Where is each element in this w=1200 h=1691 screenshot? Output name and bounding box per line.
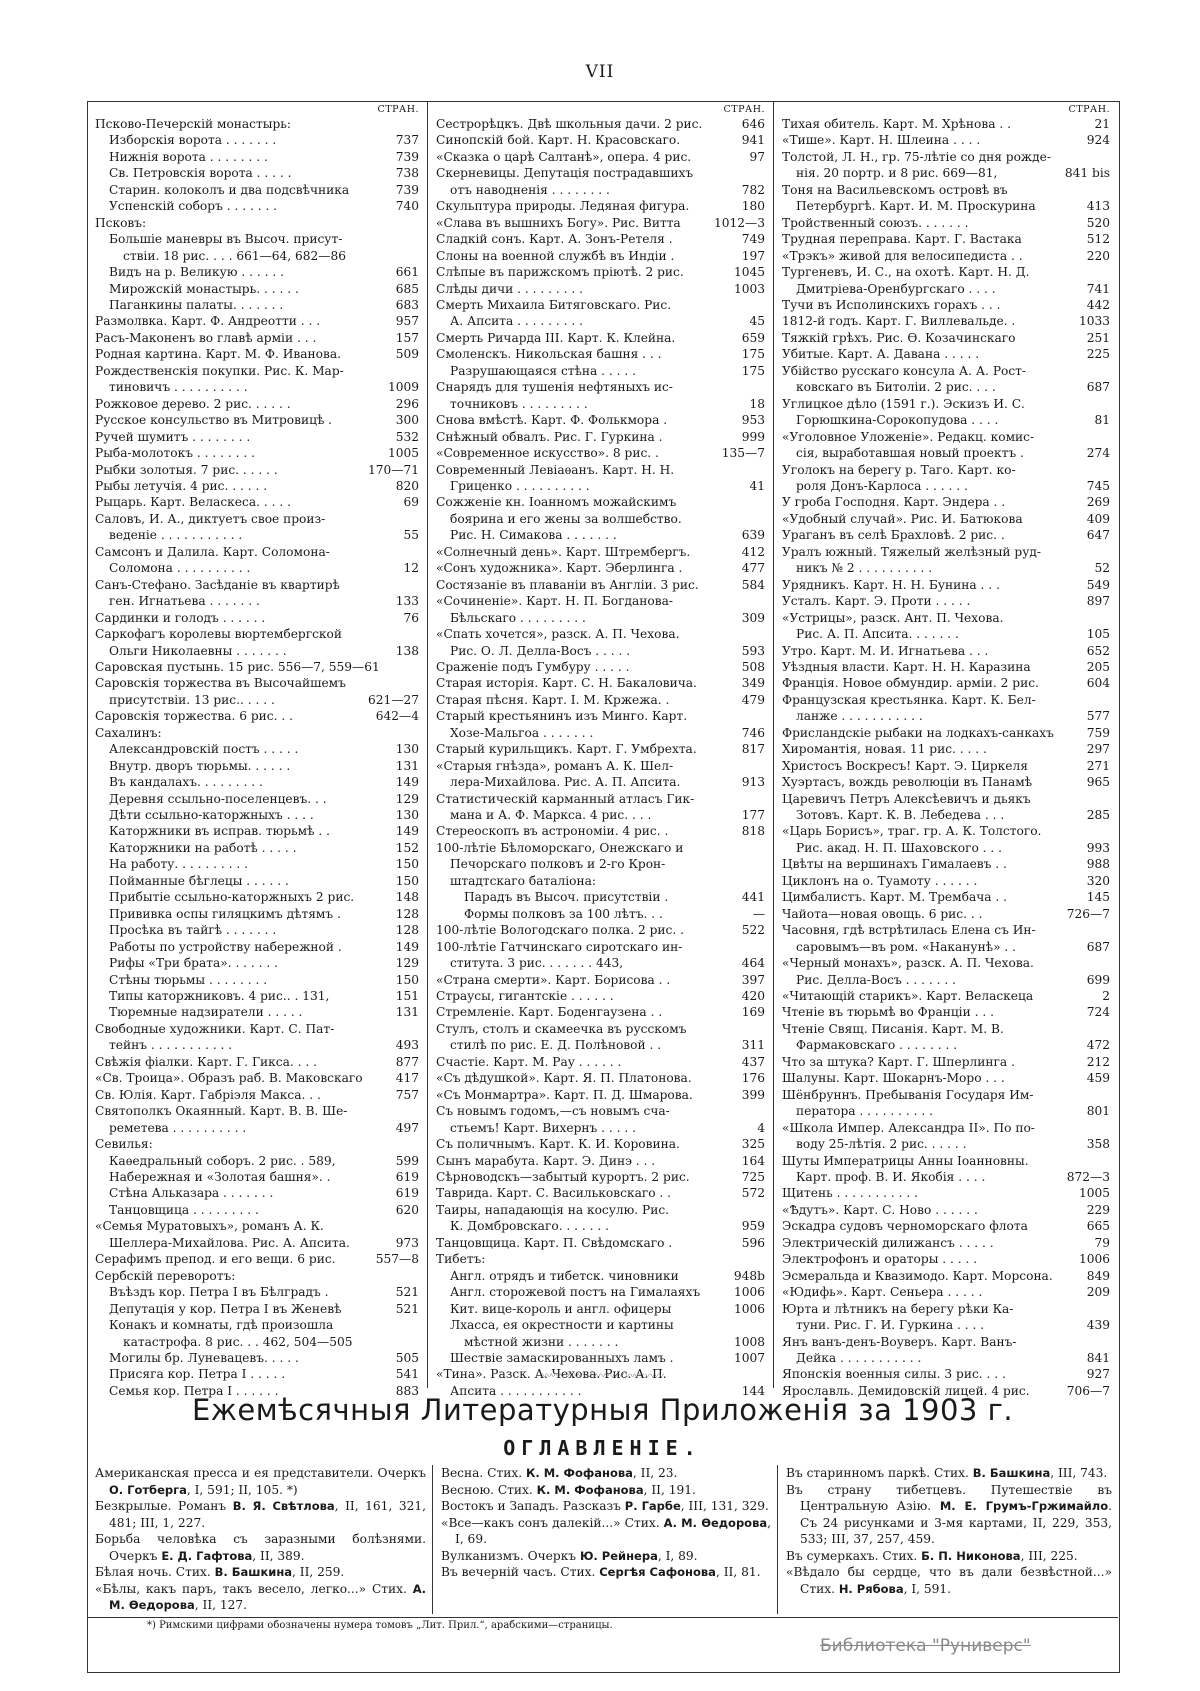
entry-title: Слоны на военной службѣ въ Индіи .	[436, 248, 738, 264]
entry-title: «Св. Троица». Образъ раб. В. Маковскаго	[95, 1070, 392, 1086]
entry-title: тиновичъ . . . . . . . . . .	[109, 379, 384, 395]
entry-page: 130	[392, 741, 419, 757]
entry-title: Уралъ южный. Тяжелый желѣзный руд-	[782, 544, 1106, 560]
entry-page: 508	[738, 659, 765, 675]
entry-title: «Спать хочется», разск. А. П. Чехова.	[436, 626, 761, 642]
index-entry: Псковъ:	[95, 215, 419, 231]
entry-title: «Слава въ вышнихъ Богу». Рис. Витта	[436, 215, 710, 231]
index-entry: Толстой, Л. Н., гр. 75-лѣтіе со дня рожд…	[782, 149, 1110, 165]
entry-title: Смерть Михаила Битяговскаго. Рис.	[436, 297, 761, 313]
entry-title: Англ. сторожевой постъ на Гималаяхъ	[450, 1284, 730, 1300]
entry-title: Рождественскія покупки. Рис. К. Мар-	[95, 363, 415, 379]
index-entry: Рис. А. П. Апсита. . . . . . .105	[782, 626, 1110, 642]
index-entry: Набережная и «Золотая башня». .619	[95, 1169, 419, 1185]
index-entry: мѣстной жизни . . . . . . .1008	[436, 1334, 765, 1350]
entry-page: 150	[392, 856, 419, 872]
entry-page: 604	[1083, 675, 1110, 691]
index-entry: «Читающій старикъ». Карт. Веласкеца2	[782, 988, 1110, 1004]
entry-title: Трудная переправа. Карт. Г. Вастака	[782, 231, 1083, 247]
entry-page: 12	[399, 560, 419, 576]
entry-page: 620	[392, 1202, 419, 1218]
index-entry: сія, выработавшая новый проектъ .274	[782, 445, 1110, 461]
entry-page: 941	[738, 132, 765, 148]
entry-page: 999	[738, 429, 765, 445]
entry-page: 148	[392, 889, 419, 905]
entry-page: 176	[738, 1070, 765, 1086]
entry-title: Скульптура природы. Ледяная фигура.	[436, 198, 738, 214]
index-entry: Снѣжный обвалъ. Рис. Г. Гуркина .999	[436, 429, 765, 445]
entry-page: 647	[1083, 527, 1110, 543]
entry-page: 596	[738, 1235, 765, 1251]
entry-title: Горюшкина-Сорокопудова . . . .	[796, 412, 1090, 428]
entry-title: Свободные художники. Карт. С. Пат-	[95, 1021, 415, 1037]
entry-title: Фармаковскаго . . . . . . . .	[796, 1037, 1083, 1053]
index-column-3: СТРАН. Тихая обитель. Карт. М. Хрѣнова .…	[773, 101, 1118, 1388]
entry-title: Кит. вице-король и англ. офицеры	[450, 1301, 730, 1317]
toc-entry-title: Безкрылые. Романъ	[95, 1499, 233, 1513]
index-entry: «Устрицы», разск. Ант. П. Чехова.	[782, 610, 1110, 626]
toc-entry-refs: , II, 191.	[644, 1483, 696, 1497]
index-entry: Страусы, гигантскіе . . . . . .420	[436, 988, 765, 1004]
toc-entry: Востокъ и Западъ. Разсказъ Р. Гарбе, III…	[441, 1498, 771, 1515]
entry-page: 746	[738, 725, 765, 741]
entry-title: Сладкій сонъ. Карт. А. Зонъ-Ретеля .	[436, 231, 738, 247]
index-entry: Рифы «Три брата». . . . . . .129	[95, 955, 419, 971]
index-entry: «Съ Монмартра». Карт. П. Д. Шмарова.399	[436, 1087, 765, 1103]
entry-page: 993	[1083, 840, 1110, 856]
entry-page: 79	[1090, 1235, 1110, 1251]
entry-title: Цимбалистъ. Карт. М. Трембача . .	[782, 889, 1083, 905]
entry-title: катастрофа. 8 рис. . . 462, 504—505	[123, 1334, 415, 1350]
index-entry: На работу. . . . . . . . . .150	[95, 856, 419, 872]
toc-heading: ОГЛАВЛЕНІЕ.	[87, 1436, 1118, 1460]
entry-page: 300	[392, 412, 419, 428]
entry-page: 2	[1098, 988, 1110, 1004]
entry-title: Уголокъ на берегу р. Таго. Карт. ко-	[782, 462, 1106, 478]
entry-page: 81	[1090, 412, 1110, 428]
index-entry: Съ поличнымъ. Карт. К. И. Коровина.325	[436, 1136, 765, 1152]
entry-title: Рыцарь. Карт. Веласкеса. . . . .	[95, 494, 399, 510]
entry-page: 639	[738, 527, 765, 543]
entry-title: «Съ Монмартра». Карт. П. Д. Шмарова.	[436, 1087, 738, 1103]
entry-page: 150	[392, 972, 419, 988]
entry-page: 170—71	[364, 462, 419, 478]
entry-page: 1012—3	[710, 215, 765, 231]
entry-page: 687	[1083, 939, 1110, 955]
entry-title: Стулъ, столъ и скамеечка въ русскомъ	[436, 1021, 761, 1037]
index-entry: Таврида. Карт. С. Васильковскаго . .572	[436, 1185, 765, 1201]
entry-title: Шеллера-Михайлова. Рис. А. Апсита.	[109, 1235, 392, 1251]
index-entry: Съ новымъ годомъ,—съ новымъ сча-	[436, 1103, 765, 1119]
index-entry: Шеллера-Михайлова. Рис. А. Апсита.973	[95, 1235, 419, 1251]
entry-page: 1033	[1075, 313, 1110, 329]
entry-page: 1006	[1075, 1251, 1110, 1267]
entry-title: Съ поличнымъ. Карт. К. И. Коровина.	[436, 1136, 738, 1152]
entry-title: «Устрицы», разск. Ант. П. Чехова.	[782, 610, 1106, 626]
entry-page: 55	[399, 527, 419, 543]
entry-title: Саровскія торжества. 6 рис. . .	[95, 708, 372, 724]
index-entry: точниковъ . . . . . . . . .18	[436, 396, 765, 412]
entry-title: Святополкъ Окаянный. Карт. В. В. Ше-	[95, 1103, 415, 1119]
entry-page: 149	[392, 774, 419, 790]
index-entry: отъ наводненія . . . . . . . .782	[436, 182, 765, 198]
index-entry: Усталъ. Карт. Э. Проти . . . . .897	[782, 593, 1110, 609]
entry-title: На работу. . . . . . . . . .	[109, 856, 392, 872]
toc-entry-author: В. Я. Свѣтлова	[233, 1499, 335, 1513]
entry-title: штадтскаго баталіона:	[450, 873, 761, 889]
index-entry: Размолвка. Карт. Ф. Андреотти . . .957	[95, 313, 419, 329]
entry-page: 311	[738, 1037, 765, 1053]
index-entry: А. Апсита . . . . . . . . .45	[436, 313, 765, 329]
index-entry: Ручей шумитъ . . . . . . . .532	[95, 429, 419, 445]
entry-title: Фрисландскіе рыбаки на лодкахъ-санкахъ	[782, 725, 1083, 741]
entry-page: 180	[738, 198, 765, 214]
index-entry: Севилья:	[95, 1136, 419, 1152]
entry-title: Псковъ:	[95, 215, 415, 231]
entry-title: К. Домбровскаго. . . . . . .	[450, 1218, 738, 1234]
entry-title: Прививка оспы гиляцкимъ дѣтямъ .	[109, 906, 392, 922]
entry-title: Синопскій бой. Карт. Н. Красовскаго.	[436, 132, 738, 148]
entry-title: Таиры, нападающія на косулю. Рис.	[436, 1202, 761, 1218]
entry-page: 505	[392, 1350, 419, 1366]
entry-title: Родная картина. Карт. М. Ф. Иванова.	[95, 346, 392, 362]
index-entry: Слѣды дичи . . . . . . . . .1003	[436, 281, 765, 297]
entry-page: 157	[392, 330, 419, 346]
index-entry: Снарядъ для тушенія нефтяныхъ ис-	[436, 379, 765, 395]
entry-title: «Царь Борисъ», траг. гр. А. К. Толстого.	[782, 823, 1106, 839]
toc-entry-title: Весною. Стих.	[441, 1483, 537, 1497]
index-entry: «Страна смерти». Карт. Борисова . .397	[436, 972, 765, 988]
entry-title: Зотовъ. Карт. К. В. Лебедева . . .	[796, 807, 1083, 823]
index-entry: веденіе . . . . . . . . . . .55	[95, 527, 419, 543]
entry-title: Тибетъ:	[436, 1251, 761, 1267]
index-entry: Урядникъ. Карт. Н. Н. Бунина . . .549	[782, 577, 1110, 593]
index-entry: Электрофонъ и ораторы . . . . .1006	[782, 1251, 1110, 1267]
toc-entry: Въ вечерній часъ. Стих. Сергѣя Сафонова,…	[441, 1564, 771, 1581]
entry-page: —	[749, 906, 765, 922]
index-entry: Разрушающаяся стѣна . . . . .175	[436, 363, 765, 379]
entry-title: Дмитріева-Оренбургскаго . . . .	[796, 281, 1083, 297]
entry-title: Рис. О. Л. Делла-Восъ . . . . .	[450, 643, 738, 659]
index-entry: Франція. Новое обмундир. арміи. 2 рис.60…	[782, 675, 1110, 691]
index-entry: Часовня, гдѣ встрѣтилась Елена съ Ин-	[782, 922, 1110, 938]
entry-title: Прибытіе ссыльно-каторжныхъ 2 рис.	[109, 889, 392, 905]
toc-entry-author: Ю. Рейнера	[580, 1549, 658, 1563]
index-entry: Уралъ южный. Тяжелый желѣзный руд-	[782, 544, 1110, 560]
index-entry: ковскаго въ Битоліи. 2 рис. . . .687	[782, 379, 1110, 395]
index-entry: Каторжники въ исправ. тюрьмѣ . .149	[95, 823, 419, 839]
index-entry: У гроба Господня. Карт. Эндера . .269	[782, 494, 1110, 510]
entry-page: 782	[738, 182, 765, 198]
index-entry: Старый курильщикъ. Карт. Г. Умбрехта.817	[436, 741, 765, 757]
entry-title: присутствіи. 13 рис.. . . . .	[109, 692, 364, 708]
entry-page: 820	[392, 478, 419, 494]
toc-entry-title: Въ старинномъ паркѣ. Стих.	[786, 1466, 973, 1480]
index-entry: Конакъ и комнаты, гдѣ произошла	[95, 1317, 419, 1333]
index-entry: ператора . . . . . . . . . .801	[782, 1103, 1110, 1119]
index-entry: Уголокъ на берегу р. Таго. Карт. ко-	[782, 462, 1110, 478]
toc-entry: Бѣлая ночь. Стих. В. Башкина, II, 259.	[95, 1564, 426, 1581]
index-entry: Деревня ссыльно-поселенцевъ. . .129	[95, 791, 419, 807]
entry-title: Снѣжный обвалъ. Рис. Г. Гуркина .	[436, 429, 738, 445]
entry-page: 479	[738, 692, 765, 708]
entry-title: Въѣздъ кор. Петра I въ Бѣлградъ .	[109, 1284, 392, 1300]
entry-page: 131	[392, 1004, 419, 1020]
footnote: *) Римскими цифрами обозначены нумера то…	[87, 1617, 1118, 1631]
entry-title: Рис. Н. Симакова . . . . . . .	[450, 527, 738, 543]
entry-page: 973	[392, 1235, 419, 1251]
entry-page: 21	[1090, 116, 1110, 132]
entry-page: 520	[1083, 215, 1110, 231]
entry-title: Рыбки золотыя. 7 рис. . . . . .	[95, 462, 364, 478]
index-entry: Тучи въ Исполинскихъ горахъ . . .442	[782, 297, 1110, 313]
entry-page: 522	[738, 922, 765, 938]
index-entry: Видъ на р. Великую . . . . . .661	[95, 264, 419, 280]
entry-page: 745	[1083, 478, 1110, 494]
toc-entry-refs: , II, 259.	[292, 1565, 344, 1579]
entry-title: «Ѣдутъ». Карт. С. Ново . . . . . .	[782, 1202, 1083, 1218]
entry-title: «Школа Импер. Александра II». По по-	[782, 1120, 1106, 1136]
entry-title: «Сонъ художника». Карт. Эберлинга .	[436, 560, 738, 576]
entry-page: 409	[1083, 511, 1110, 527]
entry-title: саровымъ—въ ром. «Наканунѣ» . .	[796, 939, 1083, 955]
entry-page: 145	[1083, 889, 1110, 905]
entry-title: Свѣжія фіалки. Карт. Г. Гикса. . . .	[95, 1054, 392, 1070]
supplement-title: Ежемѣсячныя Литературныя Приложенія за 1…	[87, 1393, 1118, 1427]
index-entry: Дмитріева-Оренбургскаго . . . .741	[782, 281, 1110, 297]
entry-title: Шествіе замаскированныхъ ламъ .	[450, 1350, 730, 1366]
entry-title: Часовня, гдѣ встрѣтилась Елена съ Ин-	[782, 922, 1106, 938]
index-entry: Ольги Николаевны . . . . . . .138	[95, 643, 419, 659]
index-entry: Изборскія ворота . . . . . . .737	[95, 132, 419, 148]
index-entry: Формы полковъ за 100 лѣтъ. . .—	[436, 906, 765, 922]
entry-page: 584	[738, 577, 765, 593]
entry-title: тейнъ . . . . . . . . . . .	[109, 1037, 392, 1053]
entry-title: Сестрорѣцкъ. Двѣ школьныя дачи. 2 рис.	[436, 116, 738, 132]
index-entry: боярина и его жены за волшебство.	[436, 511, 765, 527]
index-entry: Старин. колоколъ и два подсвѣчника739	[95, 182, 419, 198]
index-entry: Саркофагъ королевы вюртембергской	[95, 626, 419, 642]
toc-entry-refs: , I, 591; II, 105. *)	[187, 1483, 298, 1497]
index-entry: Сынъ марабута. Карт. Э. Динэ . . .164	[436, 1153, 765, 1169]
divider-ornament: 〰〰〰〰〰〰〰〰〰 〰〰 〰〰	[87, 1367, 1118, 1382]
entry-title: Формы полковъ за 100 лѣтъ. . .	[464, 906, 749, 922]
entry-page: 849	[1083, 1268, 1110, 1284]
entry-page: 948b	[730, 1268, 765, 1284]
toc-entry: Въ сумеркахъ. Стих. Б. П. Никонова, III,…	[786, 1548, 1112, 1565]
entry-title: веденіе . . . . . . . . . . .	[109, 527, 399, 543]
index-entry: Фармаковскаго . . . . . . . .472	[782, 1037, 1110, 1053]
index-entry: Работы по устройству набережной .149	[95, 939, 419, 955]
index-entry: Старая исторія. Карт. С. Н. Бакаловича.3…	[436, 675, 765, 691]
index-entry: Стремленіе. Карт. Боденгаузена . .169	[436, 1004, 765, 1020]
entry-title: Убійство русскаго консула А. А. Рост-	[782, 363, 1106, 379]
index-entry: Смерть Ричарда III. Карт. К. Клейна.659	[436, 330, 765, 346]
entry-title: Шуты Императрицы Анны Іоанновны.	[782, 1153, 1106, 1169]
entry-title: «Юдифь». Карт. Сеньера . . . . .	[782, 1284, 1083, 1300]
entry-title: Мирожскій монастырь. . . . . .	[109, 281, 392, 297]
toc-column-1: Американская пресса и ея представители. …	[87, 1465, 432, 1614]
index-entry: Зотовъ. Карт. К. В. Лебедева . . .285	[782, 807, 1110, 823]
toc-entry-title: Вулканизмъ. Очеркъ	[441, 1549, 580, 1563]
toc-entry: Вулканизмъ. Очеркъ Ю. Рейнера, I, 89.	[441, 1548, 771, 1565]
index-entry: Убійство русскаго консула А. А. Рост-	[782, 363, 1110, 379]
entry-title: «Читающій старикъ». Карт. Веласкеца	[782, 988, 1098, 1004]
index-entry: Что за штука? Карт. Г. Шперлинга .212	[782, 1054, 1110, 1070]
index-entry: Тоня на Васильевскомъ островѣ въ	[782, 182, 1110, 198]
entry-title: Саровская пустынь. 15 рис. 556—7, 559—61	[95, 659, 415, 675]
entry-page: 749	[738, 231, 765, 247]
index-entry: Старая пѣсня. Карт. І. М. Кржежа. .479	[436, 692, 765, 708]
entry-title: ститута. 3 рис. . . . . . . 443,	[450, 955, 738, 971]
index-entry: Горюшкина-Сорокопудова . . . .81	[782, 412, 1110, 428]
entry-title: Чтеніе въ тюрьмѣ во Франціи . . .	[782, 1004, 1083, 1020]
index-entry: «Спать хочется», разск. А. П. Чехова.	[436, 626, 765, 642]
index-entry: Рис. акад. Н. П. Шаховского . . .993	[782, 840, 1110, 856]
entry-title: Лхасса, ея окрестности и картины	[450, 1317, 761, 1333]
entry-page: 225	[1083, 346, 1110, 362]
entry-title: Французская крестьянка. Карт. К. Бел-	[782, 692, 1106, 708]
toc-entry: Борьба человѣка съ заразными болѣзнями. …	[95, 1531, 426, 1564]
entry-page: 76	[399, 610, 419, 626]
index-entry: Святополкъ Окаянный. Карт. В. В. Ше-	[95, 1103, 419, 1119]
entry-page: 105	[1083, 626, 1110, 642]
entry-title: Конакъ и комнаты, гдѣ произошла	[109, 1317, 415, 1333]
index-entry: Расъ-Маконенъ во главѣ арміи . . .157	[95, 330, 419, 346]
index-entry: Печорскаго полковъ и 2-го Крон-	[436, 856, 765, 872]
index-entry: Сестрорѣцкъ. Двѣ школьныя дачи. 2 рис.64…	[436, 116, 765, 132]
toc-entry: Весною. Стих. К. М. Фофанова, II, 191.	[441, 1482, 771, 1499]
entry-page: 128	[392, 906, 419, 922]
entry-title: боярина и его жены за волшебство.	[450, 511, 761, 527]
entry-title: Англ. отрядъ и тибетск. чиновники	[450, 1268, 730, 1284]
index-entry: «Юдифь». Карт. Сеньера . . . . .209	[782, 1284, 1110, 1300]
index-entry: Саловъ, И. А., диктуетъ свое произ-	[95, 511, 419, 527]
index-entry: Тяжкій грѣхъ. Рис. Ѳ. Козачинскаго251	[782, 330, 1110, 346]
index-entry: «Уголовное Уложеніе». Редакц. комис-	[782, 429, 1110, 445]
entry-page: 1006	[730, 1284, 765, 1300]
entry-page: 212	[1083, 1054, 1110, 1070]
entry-page: 739	[392, 149, 419, 165]
index-entry: Таиры, нападающія на косулю. Рис.	[436, 1202, 765, 1218]
entry-title: Шалуны. Карт. Шокарнъ-Моро . . .	[782, 1070, 1083, 1086]
toc-entry-author: А. М. Ѳедорова	[664, 1516, 767, 1530]
index-entry: Современный Левіаѳанъ. Карт. Н. Н.	[436, 462, 765, 478]
entry-title: Ураганъ въ селѣ Брахловѣ. 2 рис. .	[782, 527, 1083, 543]
entry-title: Псково-Печерскій монастырь:	[95, 116, 415, 132]
index-entry: Снова вмѣстѣ. Карт. Ф. Фолькмора .953	[436, 412, 765, 428]
entry-page: 459	[1083, 1070, 1110, 1086]
index-entry: Шалуны. Карт. Шокарнъ-Моро . . .459	[782, 1070, 1110, 1086]
entry-title: Тюремные надзиратели . . . . .	[109, 1004, 392, 1020]
entry-title: Углицкое дѣло (1591 г.). Эскизъ И. С.	[782, 396, 1106, 412]
entry-title: нія. 20 портр. и 8 рис. 669—81,	[796, 165, 1061, 181]
index-entry: Эскадра судовъ черноморскаго флота665	[782, 1218, 1110, 1234]
entry-title: Сынъ марабута. Карт. Э. Динэ . . .	[436, 1153, 738, 1169]
entry-title: Нижнія ворота . . . . . . . .	[109, 149, 392, 165]
index-entry: Рождественскія покупки. Рис. К. Мар-	[95, 363, 419, 379]
index-entry: ланже . . . . . . . . . . .577	[782, 708, 1110, 724]
entry-title: Пойманные бѣглецы . . . . . .	[109, 873, 392, 889]
entry-title: Снарядъ для тушенія нефтяныхъ ис-	[436, 379, 761, 395]
entry-title: Стремленіе. Карт. Боденгаузена . .	[436, 1004, 738, 1020]
index-entry: Сладкій сонъ. Карт. А. Зонъ-Ретеля .749	[436, 231, 765, 247]
entry-title: Усталъ. Карт. Э. Проти . . . . .	[782, 593, 1083, 609]
entry-title: Сахалинъ:	[95, 725, 415, 741]
entry-title: сія, выработавшая новый проектъ .	[796, 445, 1083, 461]
toc-entry-title: «Бѣлы, какъ паръ, такъ весело, легко...»…	[95, 1582, 413, 1596]
entry-title: стьемъ! Карт. Вихернъ . . . . .	[450, 1120, 753, 1136]
entry-title: Танцовщица . . . . . . . . .	[109, 1202, 392, 1218]
index-entry: Нижнія ворота . . . . . . . .739	[95, 149, 419, 165]
entry-page: 646	[738, 116, 765, 132]
entry-title: «Сказка о царѣ Салтанѣ», опера. 4 рис.	[436, 149, 745, 165]
entry-page: 177	[738, 807, 765, 823]
entry-page: 220	[1083, 248, 1110, 264]
index-entry: Углицкое дѣло (1591 г.). Эскизъ И. С.	[782, 396, 1110, 412]
index-entry: Чайота—новая овощь. 6 рис. . .726—7	[782, 906, 1110, 922]
entry-title: Современный Левіаѳанъ. Карт. Н. Н.	[436, 462, 761, 478]
entry-page: 621—27	[364, 692, 419, 708]
index-entry: Цвѣты на вершинахъ Гималаевъ . .988	[782, 856, 1110, 872]
entry-title: Старая исторія. Карт. С. Н. Бакаловича.	[436, 675, 738, 691]
entry-title: Цвѣты на вершинахъ Гималаевъ . .	[782, 856, 1083, 872]
index-entry: Карт. проф. В. И. Якобія . . . .872—3	[782, 1169, 1110, 1185]
index-entry: Пойманные бѣглецы . . . . . .150	[95, 873, 419, 889]
index-entry: 100-лѣтіе Вологодскаго полка. 2 рис. .52…	[436, 922, 765, 938]
entry-page: 439	[1083, 1317, 1110, 1333]
toc-entry: Американская пресса и ея представители. …	[95, 1465, 426, 1498]
entry-title: Паганкины палаты. . . . . . .	[109, 297, 392, 313]
index-entry: Тюремные надзиратели . . . . .131	[95, 1004, 419, 1020]
entry-page: 687	[1083, 379, 1110, 395]
toc-entry-author: О. Готберга	[109, 1483, 187, 1497]
index-entry: Скульптура природы. Ледяная фигура.180	[436, 198, 765, 214]
entry-title: А. Апсита . . . . . . . . .	[450, 313, 745, 329]
toc-entry: Въ старинномъ паркѣ. Стих. В. Башкина, I…	[786, 1465, 1112, 1482]
entry-page: 309	[738, 610, 765, 626]
index-entry: Депутація у кор. Петра I въ Женевѣ521	[95, 1301, 419, 1317]
entry-page: 133	[392, 593, 419, 609]
toc-entry-refs: , III, 743.	[1050, 1466, 1107, 1480]
entry-title: точниковъ . . . . . . . . .	[450, 396, 745, 412]
index-entry: Рыбки золотыя. 7 рис. . . . . .170—71	[95, 462, 419, 478]
entry-title: «Черный монахъ», разск. А. П. Чехова.	[782, 955, 1106, 971]
entry-title: Въ кандалахъ. . . . . . . . .	[109, 774, 392, 790]
entry-title: Старый курильщикъ. Карт. Г. Умбрехта.	[436, 741, 738, 757]
entry-page: 197	[738, 248, 765, 264]
entry-page: 593	[738, 643, 765, 659]
entry-title: Циклонъ на о. Туамоту . . . . . .	[782, 873, 1083, 889]
index-entry: Сраженіе подъ Гумбуру . . . . .508	[436, 659, 765, 675]
index-entry: «Св. Троица». Образъ раб. В. Маковскаго4…	[95, 1070, 419, 1086]
entry-title: Типы каторжниковъ. 4 рис.. . 131,	[109, 988, 392, 1004]
toc-entry-author: Е. Д. Гафтова	[161, 1549, 252, 1563]
entry-page: 131	[392, 758, 419, 774]
entry-title: 100-лѣтіе Гатчинскаго сиротскаго ин-	[436, 939, 761, 955]
entry-page: 493	[392, 1037, 419, 1053]
entry-page: 959	[738, 1218, 765, 1234]
entry-page: 521	[392, 1284, 419, 1300]
entry-title: Рыбы летучія. 4 рис. . . . . .	[95, 478, 392, 494]
index-entry: воду 25-лѣтія. 2 рис. . . . . .358	[782, 1136, 1110, 1152]
entry-title: Дѣти ссыльно-каторжныхъ . . . .	[109, 807, 392, 823]
index-column-2: СТРАН. Сестрорѣцкъ. Двѣ школьныя дачи. 2…	[427, 101, 773, 1388]
entry-page: 521	[392, 1301, 419, 1317]
illustrations-index: СТРАН. Псково-Печерскій монастырь:Изборс…	[87, 101, 1118, 1388]
entry-page: 532	[392, 429, 419, 445]
index-entry: Прививка оспы гиляцкимъ дѣтямъ .128	[95, 906, 419, 922]
